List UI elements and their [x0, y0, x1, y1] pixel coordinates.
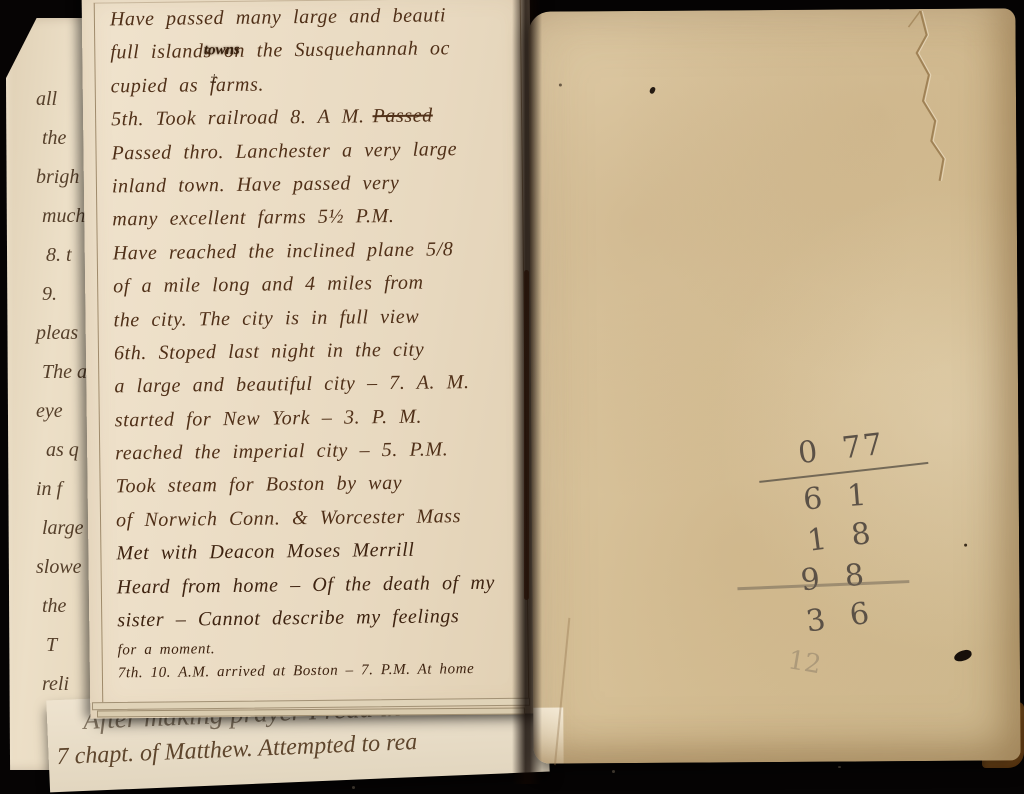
crease-mark	[554, 618, 570, 765]
diary-line: Heard from home – Of the death of my	[117, 571, 525, 609]
diary-line: Took steam for Boston by way	[115, 471, 523, 509]
left-page-fragment: The a	[42, 361, 87, 400]
ink-speck	[964, 544, 967, 547]
diary-line: of Norwich Conn. & Worcester Mass	[116, 504, 524, 542]
diary-line: reached the imperial city – 5. P.M.	[115, 437, 523, 475]
diary-line: started for New York – 3. P. M.	[115, 404, 523, 442]
diary-line: the city. The city is in full view	[113, 304, 521, 342]
left-page-fragment: large	[42, 517, 87, 556]
diary-line: a large and beautiful city – 7. A. M.	[114, 371, 522, 409]
left-page-fragment: the	[42, 127, 87, 166]
diary-line-text: 5th. Took railroad 8. A M.	[111, 105, 365, 130]
diary-line: Met with Deacon Moses Merrill	[116, 538, 524, 576]
bed-speck	[352, 786, 355, 789]
diary-line: Have passed many large and beauti	[110, 3, 518, 41]
diary-text-block: Have passed many large and beauti full i…	[110, 3, 526, 688]
diary-line: inland town. Have passed very	[112, 170, 520, 208]
left-page-fragments: allthebrighmuch8. t9.pleasThe aeyeas qin…	[36, 88, 87, 712]
insert-caret-mark: ‡	[210, 72, 217, 88]
left-page-fragment: slowe	[36, 556, 87, 595]
ink-blot	[953, 649, 973, 663]
left-page-fragment: the	[42, 595, 87, 634]
faint-pencil-number: 12	[786, 645, 824, 680]
left-page-fragment: pleas	[36, 322, 87, 361]
bed-speck	[612, 770, 615, 773]
pencil-arithmetic: 0 776 11 89 83 6	[756, 429, 927, 638]
paper-tear-mark	[888, 9, 959, 184]
struck-word: Passed	[372, 105, 433, 128]
left-page-fragment: 9.	[42, 283, 87, 322]
left-page-fragment: 8. t	[46, 244, 87, 283]
diary-line: Passed thro. Lanchester a very large	[111, 137, 519, 175]
diary-line: of a mile long and 4 miles from	[113, 271, 521, 309]
diary-line: 5th. Took railroad 8. A M.Passed	[111, 104, 519, 142]
left-page-fragment: T	[46, 634, 87, 673]
spine-shadow	[512, 0, 542, 784]
diary-line: Have reached the inclined plane 5/8	[113, 237, 521, 275]
scanned-diary-spread: allthebrighmuch8. t9.pleasThe aeyeas qin…	[0, 0, 1024, 794]
diary-line: 6th. Stoped last night in the city	[114, 337, 522, 375]
diary-line-text: full islands	[110, 41, 212, 64]
bed-speck	[838, 766, 841, 768]
left-page-fragment: in f	[36, 478, 87, 517]
diary-line: full islandstowns‡on the Susquehannah oc	[110, 37, 518, 75]
inserted-word: towns	[204, 42, 240, 59]
diary-line: cupied as farms.	[111, 70, 519, 108]
left-page-fragment: eye	[36, 400, 87, 439]
left-page-fragment: much	[42, 205, 87, 244]
ink-speck	[559, 83, 562, 86]
left-page-fragment: all	[36, 88, 87, 127]
diary-line: many excellent farms 5½ P.M.	[112, 204, 520, 242]
left-page-fragment: as q	[46, 439, 87, 478]
diary-line: sister – Cannot describe my feelings	[117, 604, 525, 642]
underlying-line: 7 chapt. of Matthew. Attempted to rea	[56, 729, 418, 771]
right-blank-page: 0 776 11 89 83 6 12	[528, 8, 1020, 763]
diary-line-text: on the Susquehannah oc	[224, 38, 450, 63]
diary-page: Have passed many large and beauti full i…	[82, 0, 539, 719]
ink-speck	[649, 86, 656, 94]
left-page-fragment: brigh	[36, 166, 87, 205]
